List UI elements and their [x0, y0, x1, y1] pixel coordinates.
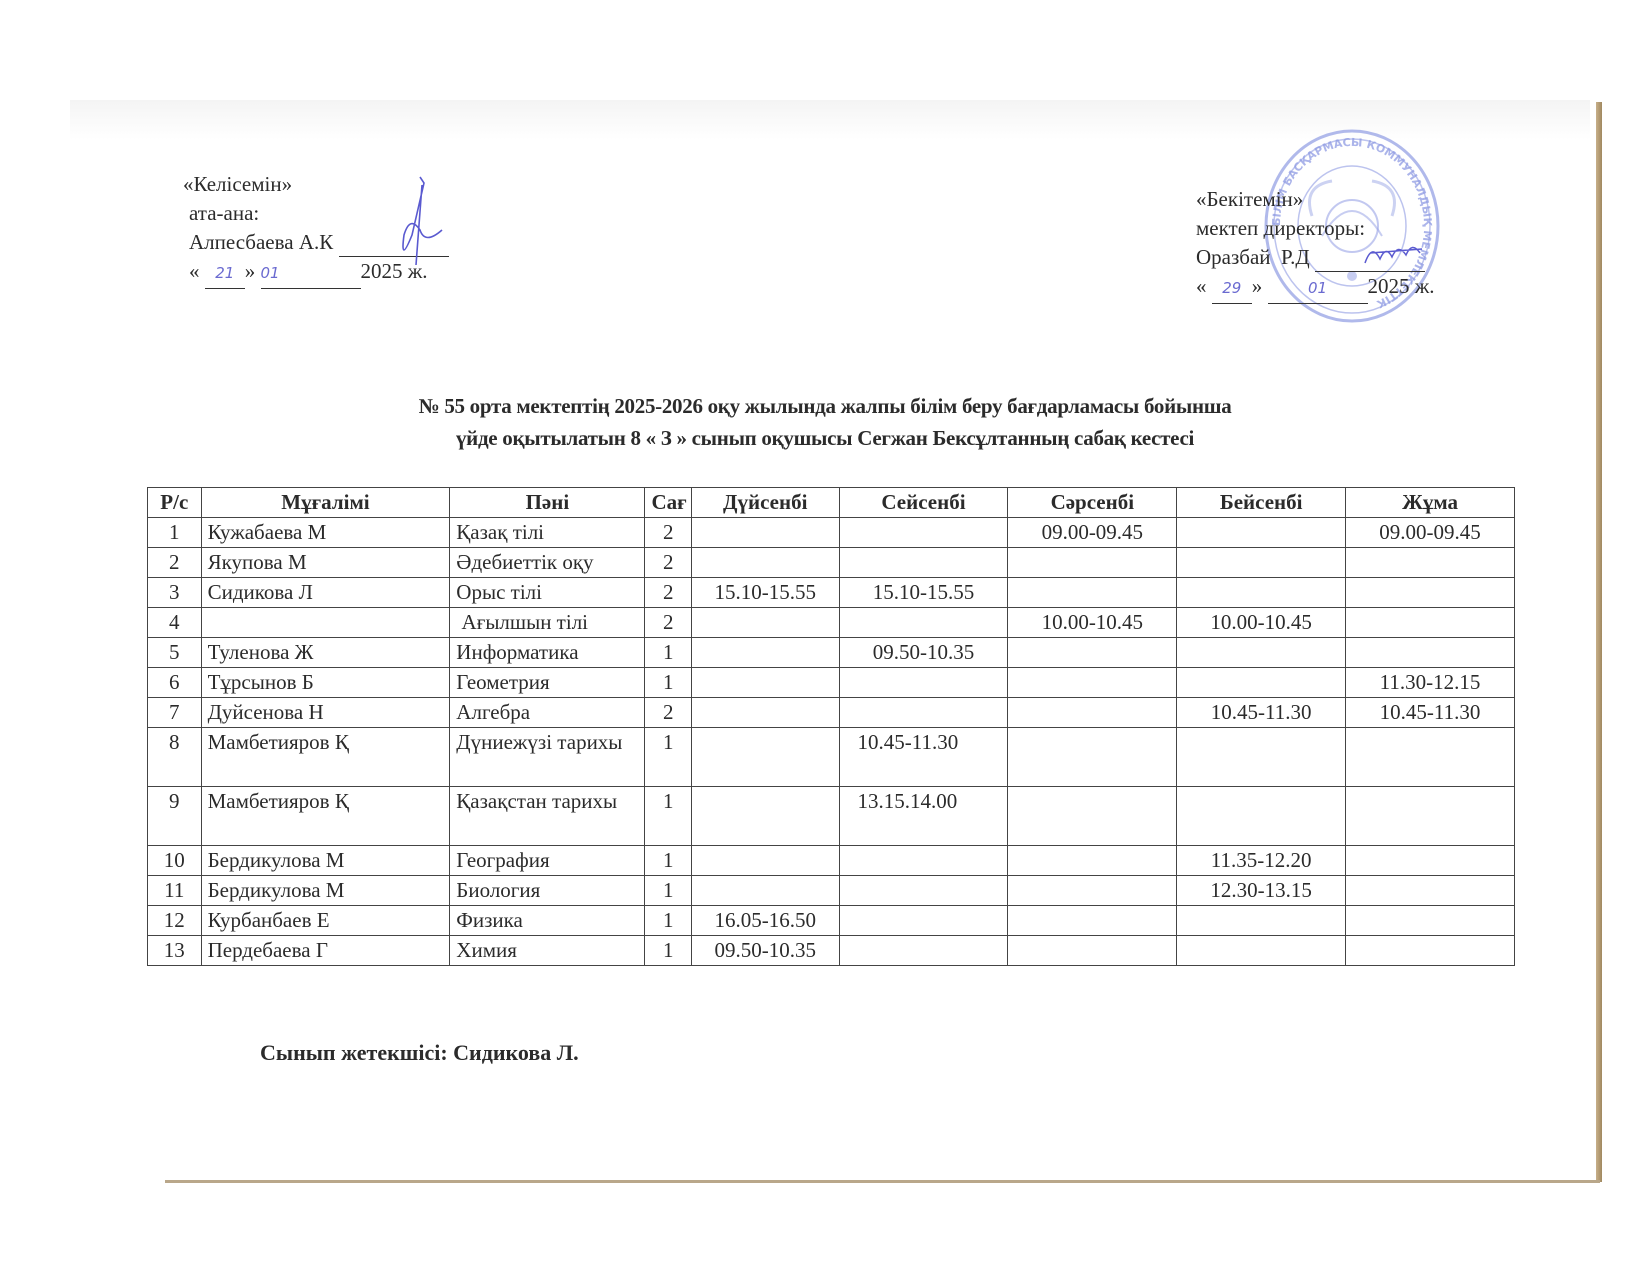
subject-name: Геометрия: [450, 668, 645, 698]
monday-time: 09.50-10.35: [691, 936, 839, 966]
table-row: 11Бердикулова МБиология112.30-13.15: [148, 876, 1515, 906]
friday-time: [1346, 876, 1515, 906]
monday-time: [691, 846, 839, 876]
subject-name: Биология: [450, 876, 645, 906]
row-number: 2: [148, 548, 202, 578]
wednesday-time: [1008, 876, 1177, 906]
tuesday-time: 09.50-10.35: [839, 638, 1008, 668]
hours-count: 2: [645, 608, 692, 638]
quote-close: »: [1252, 274, 1263, 298]
subject-name: Информатика: [450, 638, 645, 668]
row-number: 9: [148, 787, 202, 846]
approval-heading: «Бекітемін»: [1196, 185, 1435, 214]
wednesday-time: [1008, 698, 1177, 728]
teacher-name: Тұрсынов Б: [201, 668, 450, 698]
thursday-time: [1177, 548, 1346, 578]
teacher-name: Мамбетияров Қ: [201, 728, 450, 787]
friday-time: [1346, 608, 1515, 638]
subject-name: Орыс тілі: [450, 578, 645, 608]
column-header: Бейсенбі: [1177, 488, 1346, 518]
thursday-time: [1177, 936, 1346, 966]
wednesday-time: 10.00-10.45: [1008, 608, 1177, 638]
column-header: Мұғалімі: [201, 488, 450, 518]
hours-count: 1: [645, 936, 692, 966]
hours-count: 1: [645, 876, 692, 906]
tuesday-time: 10.45-11.30: [839, 728, 1008, 787]
class-teacher-label: Сынып жетекшісі: Сидикова Л.: [260, 1040, 579, 1066]
friday-time: [1346, 548, 1515, 578]
table-row: 1Кужабаева МҚазақ тілі209.00-09.4509.00-…: [148, 518, 1515, 548]
monday-time: [691, 608, 839, 638]
subject-name: География: [450, 846, 645, 876]
hours-count: 2: [645, 518, 692, 548]
wednesday-time: [1008, 638, 1177, 668]
friday-time: [1346, 728, 1515, 787]
row-number: 5: [148, 638, 202, 668]
row-number: 7: [148, 698, 202, 728]
teacher-name: Кужабаева М: [201, 518, 450, 548]
subject-name: Дүниежүзі тарихы: [450, 728, 645, 787]
monday-time: [691, 728, 839, 787]
friday-time: 10.45-11.30: [1346, 698, 1515, 728]
row-number: 3: [148, 578, 202, 608]
table-header-row: Р/сМұғаліміПәніСағДүйсенбіСейсенбіСәрсен…: [148, 488, 1515, 518]
teacher-name: Мамбетияров Қ: [201, 787, 450, 846]
row-number: 4: [148, 608, 202, 638]
thursday-time: [1177, 668, 1346, 698]
thursday-time: [1177, 578, 1346, 608]
friday-time: [1346, 936, 1515, 966]
tuesday-time: [839, 518, 1008, 548]
title-line-1: № 55 орта мектептің 2025-2026 оқу жылынд…: [0, 390, 1650, 422]
subject-name: Химия: [450, 936, 645, 966]
column-header: Сағ: [645, 488, 692, 518]
approval-year: 2025 ж.: [1368, 274, 1435, 298]
monday-time: [691, 548, 839, 578]
wednesday-time: [1008, 578, 1177, 608]
wednesday-time: [1008, 787, 1177, 846]
subject-name: Әдебиеттік оқу: [450, 548, 645, 578]
teacher-name: Якупова М: [201, 548, 450, 578]
subject-name: Алгебра: [450, 698, 645, 728]
thursday-time: [1177, 787, 1346, 846]
thursday-time: 10.00-10.45: [1177, 608, 1346, 638]
row-number: 1: [148, 518, 202, 548]
tuesday-time: 13.15.14.00: [839, 787, 1008, 846]
row-number: 12: [148, 906, 202, 936]
hours-count: 1: [645, 906, 692, 936]
wednesday-time: [1008, 936, 1177, 966]
hours-count: 1: [645, 638, 692, 668]
schedule-table: Р/сМұғаліміПәніСағДүйсенбіСейсенбіСәрсен…: [147, 487, 1515, 966]
approval-name: Алпесбаева А.К: [189, 230, 333, 254]
row-number: 11: [148, 876, 202, 906]
thursday-time: 12.30-13.15: [1177, 876, 1346, 906]
column-header: Сәрсенбі: [1008, 488, 1177, 518]
wednesday-time: [1008, 668, 1177, 698]
approval-month: 01: [261, 259, 361, 289]
monday-time: 15.10-15.55: [691, 578, 839, 608]
thursday-time: [1177, 906, 1346, 936]
thursday-time: 11.35-12.20: [1177, 846, 1346, 876]
hours-count: 1: [645, 787, 692, 846]
director-signature-icon: [1360, 235, 1430, 275]
teacher-name: Дуйсенова Н: [201, 698, 450, 728]
scan-page-edge: [1596, 102, 1602, 1182]
approval-name: Оразбай Р.Д: [1196, 245, 1310, 269]
table-row: 6Тұрсынов БГеометрия111.30-12.15: [148, 668, 1515, 698]
friday-time: [1346, 638, 1515, 668]
subject-name: Қазақ тілі: [450, 518, 645, 548]
tuesday-time: [839, 668, 1008, 698]
hours-count: 2: [645, 698, 692, 728]
quote-open: «: [1196, 274, 1207, 298]
monday-time: [691, 518, 839, 548]
table-row: 7Дуйсенова НАлгебра210.45-11.3010.45-11.…: [148, 698, 1515, 728]
row-number: 6: [148, 668, 202, 698]
subject-name: Қазақстан тарихы: [450, 787, 645, 846]
table-row: 5Туленова ЖИнформатика109.50-10.35: [148, 638, 1515, 668]
approval-month: 01: [1268, 274, 1368, 304]
tuesday-time: [839, 698, 1008, 728]
tuesday-time: [839, 608, 1008, 638]
friday-time: [1346, 846, 1515, 876]
column-header: Дүйсенбі: [691, 488, 839, 518]
monday-time: [691, 876, 839, 906]
approval-day: 21: [205, 259, 245, 289]
thursday-time: [1177, 638, 1346, 668]
table-row: 10Бердикулова МГеография111.35-12.20: [148, 846, 1515, 876]
hours-count: 1: [645, 846, 692, 876]
tuesday-time: [839, 906, 1008, 936]
scan-page-edge-bottom: [165, 1180, 1600, 1183]
wednesday-time: [1008, 728, 1177, 787]
column-header: Жұма: [1346, 488, 1515, 518]
thursday-time: 10.45-11.30: [1177, 698, 1346, 728]
tuesday-time: [839, 876, 1008, 906]
hours-count: 1: [645, 728, 692, 787]
thursday-time: [1177, 728, 1346, 787]
table-row: 8Мамбетияров ҚДүниежүзі тарихы110.45-11.…: [148, 728, 1515, 787]
wednesday-time: [1008, 846, 1177, 876]
wednesday-time: 09.00-09.45: [1008, 518, 1177, 548]
table-row: 2Якупова МӘдебиеттік оқу2: [148, 548, 1515, 578]
friday-time: [1346, 578, 1515, 608]
table-row: 3Сидикова ЛОрыс тілі215.10-15.5515.10-15…: [148, 578, 1515, 608]
tuesday-time: [839, 936, 1008, 966]
approval-day: 29: [1212, 274, 1252, 304]
row-number: 10: [148, 846, 202, 876]
teacher-name: [201, 608, 450, 638]
column-header: Пәні: [450, 488, 645, 518]
wednesday-time: [1008, 906, 1177, 936]
teacher-name: Сидикова Л: [201, 578, 450, 608]
row-number: 8: [148, 728, 202, 787]
friday-time: 09.00-09.45: [1346, 518, 1515, 548]
teacher-name: Бердикулова М: [201, 876, 450, 906]
friday-time: [1346, 787, 1515, 846]
column-header: Р/с: [148, 488, 202, 518]
subject-name: Ағылшын тілі: [450, 608, 645, 638]
title-line-2: үйде оқытылатын 8 « З » сынып оқушысы Се…: [0, 422, 1650, 454]
tuesday-time: 15.10-15.55: [839, 578, 1008, 608]
monday-time: [691, 638, 839, 668]
quote-close: »: [245, 259, 256, 283]
friday-time: 11.30-12.15: [1346, 668, 1515, 698]
hours-count: 2: [645, 548, 692, 578]
teacher-name: Курбанбаев Е: [201, 906, 450, 936]
tuesday-time: [839, 548, 1008, 578]
row-number: 13: [148, 936, 202, 966]
column-header: Сейсенбі: [839, 488, 1008, 518]
document-title: № 55 орта мектептің 2025-2026 оқу жылынд…: [0, 390, 1650, 454]
quote-open: «: [189, 259, 200, 283]
wednesday-time: [1008, 548, 1177, 578]
hours-count: 1: [645, 668, 692, 698]
monday-time: [691, 787, 839, 846]
table-row: 12Курбанбаев ЕФизика116.05-16.50: [148, 906, 1515, 936]
hours-count: 2: [645, 578, 692, 608]
thursday-time: [1177, 518, 1346, 548]
table-row: 9Мамбетияров ҚҚазақстан тарихы113.15.14.…: [148, 787, 1515, 846]
monday-time: 16.05-16.50: [691, 906, 839, 936]
table-row: 4 Ағылшын тілі210.00-10.4510.00-10.45: [148, 608, 1515, 638]
teacher-name: Пердебаева Г: [201, 936, 450, 966]
teacher-name: Бердикулова М: [201, 846, 450, 876]
subject-name: Физика: [450, 906, 645, 936]
friday-time: [1346, 906, 1515, 936]
table-row: 13Пердебаева ГХимия109.50-10.35: [148, 936, 1515, 966]
tuesday-time: [839, 846, 1008, 876]
teacher-name: Туленова Ж: [201, 638, 450, 668]
monday-time: [691, 698, 839, 728]
monday-time: [691, 668, 839, 698]
parent-signature-icon: [380, 175, 450, 270]
